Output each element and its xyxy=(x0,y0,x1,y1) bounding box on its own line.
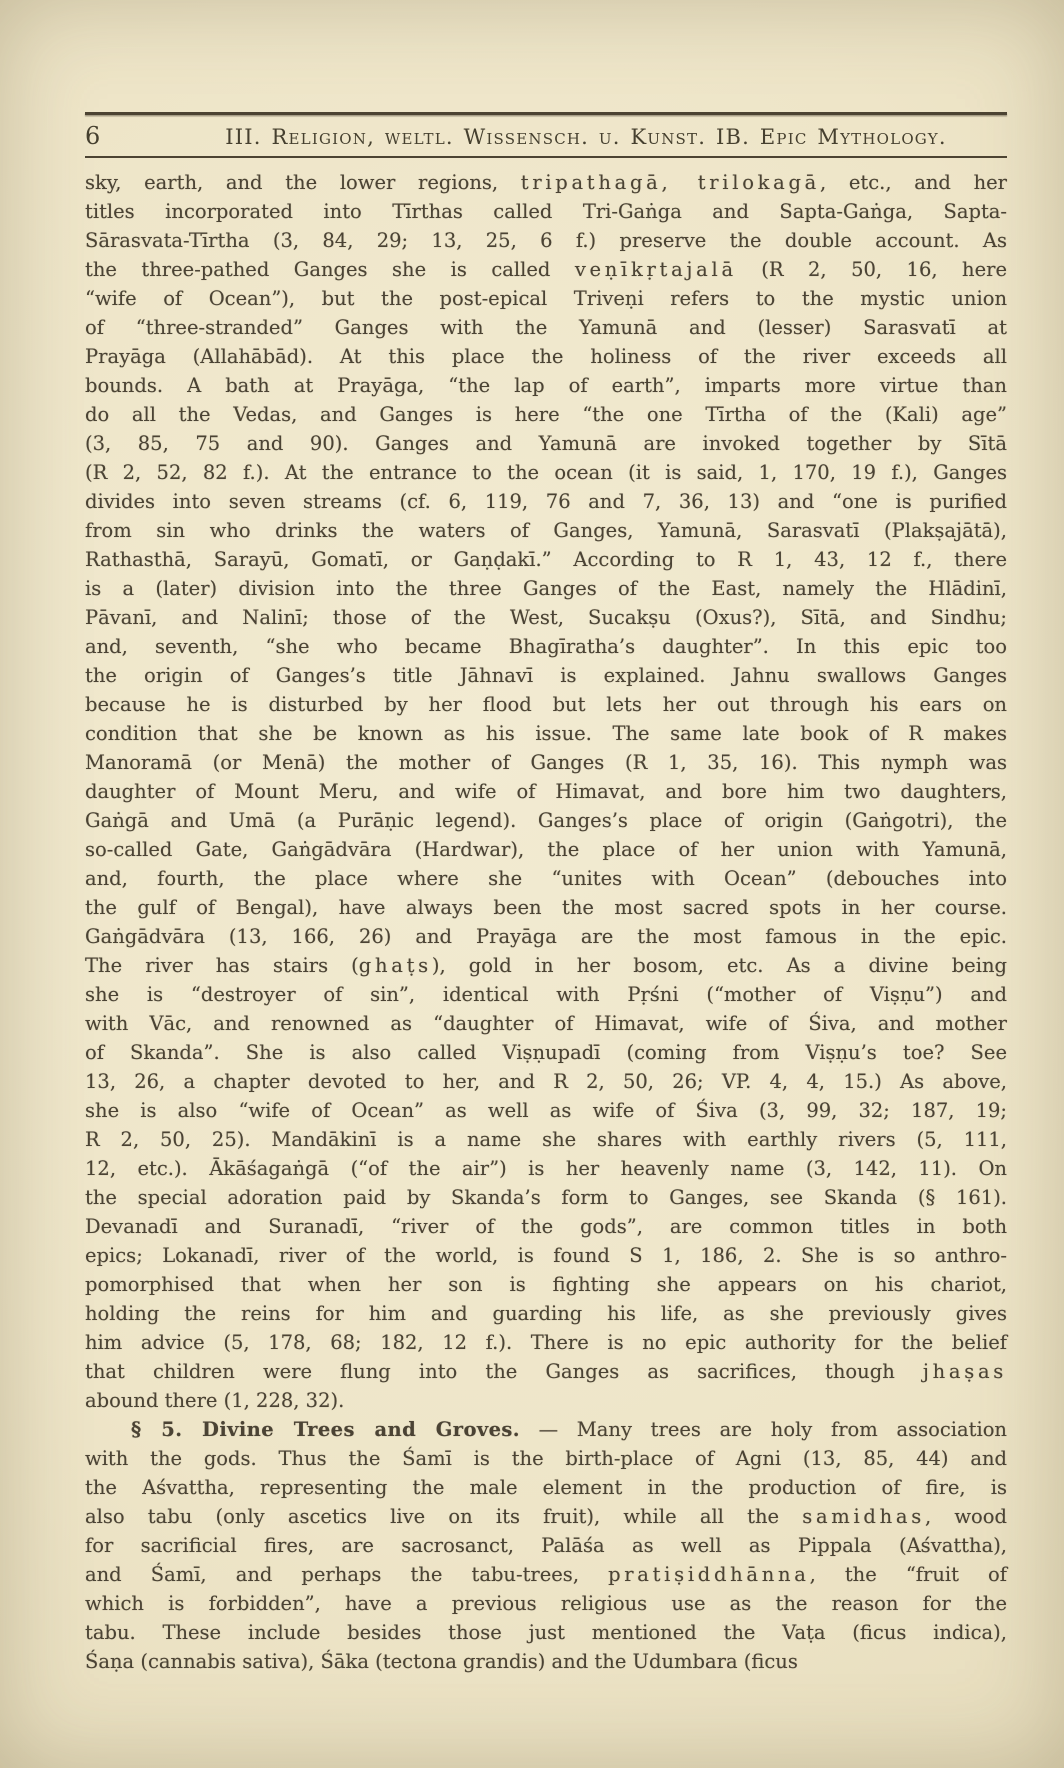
text-segment: abound there (1, 228, 32). xyxy=(85,1389,344,1412)
text-line: of Skanda”. She is also called Viṣṇupadī… xyxy=(85,1038,1007,1067)
text-line: Sārasvata-Tīrtha (3, 84, 29; 13, 25, 6 f… xyxy=(85,226,1007,255)
text-line: daughter of Mount Meru, and wife of Hima… xyxy=(85,777,1007,806)
text-line: with Vāc, and renowned as “daughter of H… xyxy=(85,1009,1007,1038)
text-segment: — Many trees are holy from association xyxy=(520,1418,1007,1441)
text-line: Manoramā (or Menā) the mother of Ganges … xyxy=(85,748,1007,777)
text-segment: R 2, 50, 25). Mandākinī is a name she sh… xyxy=(85,1128,1007,1151)
page-header: 6 III. Religion, weltl. Wissensch. u. Ku… xyxy=(85,115,1007,156)
text-line: “wife of Ocean”), but the post-epical Tr… xyxy=(85,284,1007,313)
text-segment: 13, 26, a chapter devoted to her, and R … xyxy=(85,1070,1007,1093)
text-line: (R 2, 52, 82 f.). At the entrance to the… xyxy=(85,458,1007,487)
text-segment: Pāvanī, and Nalinī; those of the West, S… xyxy=(85,606,1007,629)
text-line: R 2, 50, 25). Mandākinī is a name she sh… xyxy=(85,1125,1007,1154)
text-segment: of “three-stranded” Ganges with the Yamu… xyxy=(85,316,1007,339)
text-line: The river has stairs (ghaṭs), gold in he… xyxy=(85,951,1007,980)
text-segment: tabu. These include besides those just m… xyxy=(85,1621,1007,1644)
text-segment: sky, earth, and the lower regions, xyxy=(85,171,521,194)
scanned-book-page: 6 III. Religion, weltl. Wissensch. u. Ku… xyxy=(0,0,1064,1768)
text-line: so-called Gate, Gaṅgādvāra (Hardwar), th… xyxy=(85,835,1007,864)
text-line: also tabu (only ascetics live on its fru… xyxy=(85,1502,1007,1531)
text-line: she is also “wife of Ocean” as well as w… xyxy=(85,1096,1007,1125)
text-segment: is a (later) division into the three Gan… xyxy=(85,577,1007,600)
text-segment: and, seventh, “she who became Bhagīratha… xyxy=(85,635,1007,658)
text-line: that children were flung into the Ganges… xyxy=(85,1357,1007,1386)
text-segment: of Skanda”. She is also called Viṣṇupadī… xyxy=(85,1041,1007,1064)
text-segment: the three-pathed Ganges she is called xyxy=(85,258,575,281)
text-line: the Aśvattha, representing the male elem… xyxy=(85,1473,1007,1502)
text-line: divides into seven streams (cf. 6, 119, … xyxy=(85,487,1007,516)
letterspaced-term: ghaṭs xyxy=(359,954,432,977)
text-segment: she is “destroyer of sin”, identical wit… xyxy=(85,983,1007,1006)
text-segment: so-called Gate, Gaṅgādvāra (Hardwar), th… xyxy=(85,838,1007,861)
text-segment: Gaṅgādvāra (13, 166, 26) and Prayāga are… xyxy=(85,925,1007,948)
text-segment: ), gold in her bosom, etc. As a divine b… xyxy=(432,954,1007,977)
text-segment: daughter of Mount Meru, and wife of Hima… xyxy=(85,780,1007,803)
text-line: Gaṅgādvāra (13, 166, 26) and Prayāga are… xyxy=(85,922,1007,951)
text-line: and Śamī, and perhaps the tabu-trees, pr… xyxy=(85,1560,1007,1589)
text-segment: Sārasvata-Tīrtha (3, 84, 29; 13, 25, 6 f… xyxy=(85,229,1007,252)
text-segment: from sin who drinks the waters of Ganges… xyxy=(85,519,1007,542)
text-segment: the special adoration paid by Skanda’s f… xyxy=(85,1186,1007,1209)
text-segment: Rathasthā, Sarayū, Gomatī, or Gaṇḍakī.” … xyxy=(85,548,1007,571)
text-segment: the origin of Ganges’s title Jāhnavī is … xyxy=(85,664,1007,687)
text-segment: titles incorporated into Tīrthas called … xyxy=(85,200,1007,223)
letterspaced-term: samidhas xyxy=(802,1505,925,1528)
text-segment: (R 2, 50, 16, here xyxy=(737,258,1007,281)
text-line: she is “destroyer of sin”, identical wit… xyxy=(85,980,1007,1009)
text-line: 13, 26, a chapter devoted to her, and R … xyxy=(85,1067,1007,1096)
text-line: abound there (1, 228, 32). xyxy=(85,1386,1007,1415)
page-number: 6 xyxy=(85,122,165,150)
text-line: 12, etc.). Ākāśagaṅgā (“of the air”) is … xyxy=(85,1154,1007,1183)
text-segment: and Śamī, and perhaps the tabu-trees, xyxy=(85,1563,608,1586)
text-segment: , wood xyxy=(925,1505,1007,1528)
text-segment: do all the Vedas, and Ganges is here “th… xyxy=(85,403,1007,426)
text-segment: , etc., and her xyxy=(820,171,1007,194)
text-segment: with the gods. Thus the Śamī is the birt… xyxy=(85,1447,1007,1470)
text-line: Gaṅgā and Umā (a Purāṇic legend). Ganges… xyxy=(85,806,1007,835)
text-line: him advice (5, 178, 68; 182, 12 f.). The… xyxy=(85,1328,1007,1357)
text-segment: divides into seven streams (cf. 6, 119, … xyxy=(85,490,1007,513)
text-line: titles incorporated into Tīrthas called … xyxy=(85,197,1007,226)
text-segment: Manoramā (or Menā) the mother of Ganges … xyxy=(85,751,1007,774)
text-line: bounds. A bath at Prayāga, “the lap of e… xyxy=(85,371,1007,400)
text-segment: that children were flung into the Ganges… xyxy=(85,1360,923,1383)
text-segment: pomorphised that when her son is fightin… xyxy=(85,1273,1007,1296)
text-line: the three-pathed Ganges she is called ve… xyxy=(85,255,1007,284)
text-segment: 12, etc.). Ākāśagaṅgā (“of the air”) is … xyxy=(85,1157,1007,1180)
text-line: the origin of Ganges’s title Jāhnavī is … xyxy=(85,661,1007,690)
text-segment: holding the reins for him and guarding h… xyxy=(85,1302,1007,1325)
letterspaced-term: pratiṣiddhānna xyxy=(608,1563,810,1586)
text-line: Rathasthā, Sarayū, Gomatī, or Gaṇḍakī.” … xyxy=(85,545,1007,574)
text-line: for sacrificial fires, are sacrosanct, P… xyxy=(85,1531,1007,1560)
text-line: holding the reins for him and guarding h… xyxy=(85,1299,1007,1328)
text-segment: Gaṅgā and Umā (a Purāṇic legend). Ganges… xyxy=(85,809,1007,832)
text-line: is a (later) division into the three Gan… xyxy=(85,574,1007,603)
text-segment: Śaṇa (cannabis sativa), Śāka (tectona gr… xyxy=(85,1650,798,1673)
text-line: condition that she be known as his issue… xyxy=(85,719,1007,748)
text-segment: The river has stairs ( xyxy=(85,954,359,977)
page-content: 6 III. Religion, weltl. Wissensch. u. Ku… xyxy=(85,0,1007,1676)
letterspaced-term: tripathagā, trilokagā xyxy=(521,171,820,194)
text-segment: the gulf of Bengal), have always been th… xyxy=(85,896,1007,919)
text-segment: bounds. A bath at Prayāga, “the lap of e… xyxy=(85,374,1007,397)
text-segment: with Vāc, and renowned as “daughter of H… xyxy=(85,1012,1007,1035)
text-line: from sin who drinks the waters of Ganges… xyxy=(85,516,1007,545)
text-line: sky, earth, and the lower regions, tripa… xyxy=(85,168,1007,197)
text-segment: and, fourth, the place where she “unites… xyxy=(85,867,1007,890)
text-segment: she is also “wife of Ocean” as well as w… xyxy=(85,1099,1007,1122)
text-segment: the Aśvattha, representing the male elem… xyxy=(85,1476,1007,1499)
text-line: because he is disturbed by her flood but… xyxy=(85,690,1007,719)
running-title: III. Religion, weltl. Wissensch. u. Kuns… xyxy=(165,123,1007,151)
text-segment: Devanadī and Suranadī, “river of the god… xyxy=(85,1215,1007,1238)
text-segment: , the “fruit of xyxy=(810,1563,1007,1586)
text-segment: epics; Lokanadī, river of the world, is … xyxy=(85,1244,1007,1267)
text-segment: also tabu (only ascetics live on its fru… xyxy=(85,1505,802,1528)
text-segment: because he is disturbed by her flood but… xyxy=(85,693,1007,716)
text-line: Devanadī and Suranadī, “river of the god… xyxy=(85,1212,1007,1241)
text-line: pomorphised that when her son is fightin… xyxy=(85,1270,1007,1299)
text-line: § 5. Divine Trees and Groves. — Many tre… xyxy=(85,1415,1007,1444)
text-line: which is forbidden”, have a previous rel… xyxy=(85,1589,1007,1618)
letterspaced-term: veṇīkṛtajalā xyxy=(575,258,737,281)
text-segment: (R 2, 52, 82 f.). At the entrance to the… xyxy=(85,461,1007,484)
text-segment: which is forbidden”, have a previous rel… xyxy=(85,1592,1007,1615)
text-segment: condition that she be known as his issue… xyxy=(85,722,1007,745)
text-line: tabu. These include besides those just m… xyxy=(85,1618,1007,1647)
text-segment: for sacrificial fires, are sacrosanct, P… xyxy=(85,1534,1007,1557)
page-body: sky, earth, and the lower regions, tripa… xyxy=(85,168,1007,1676)
text-segment: “wife of Ocean”), but the post-epical Tr… xyxy=(85,287,1007,310)
text-line: epics; Lokanadī, river of the world, is … xyxy=(85,1241,1007,1270)
text-line: the gulf of Bengal), have always been th… xyxy=(85,893,1007,922)
letterspaced-term: jhaṣas xyxy=(923,1360,1007,1383)
text-segment: Prayāga (Allahābād). At this place the h… xyxy=(85,345,1007,368)
text-line: Pāvanī, and Nalinī; those of the West, S… xyxy=(85,603,1007,632)
text-line: do all the Vedas, and Ganges is here “th… xyxy=(85,400,1007,429)
text-line: and, seventh, “she who became Bhagīratha… xyxy=(85,632,1007,661)
text-line: Prayāga (Allahābād). At this place the h… xyxy=(85,342,1007,371)
text-segment: (3, 85, 75 and 90). Ganges and Yamunā ar… xyxy=(85,432,1007,455)
text-line: Śaṇa (cannabis sativa), Śāka (tectona gr… xyxy=(85,1647,1007,1676)
text-line: of “three-stranded” Ganges with the Yamu… xyxy=(85,313,1007,342)
text-segment: him advice (5, 178, 68; 182, 12 f.). The… xyxy=(85,1331,1007,1354)
text-line: the special adoration paid by Skanda’s f… xyxy=(85,1183,1007,1212)
header-rule-bottom xyxy=(85,156,1007,158)
text-line: with the gods. Thus the Śamī is the birt… xyxy=(85,1444,1007,1473)
section-heading: § 5. Divine Trees and Groves. xyxy=(131,1418,520,1441)
text-line: and, fourth, the place where she “unites… xyxy=(85,864,1007,893)
text-line: (3, 85, 75 and 90). Ganges and Yamunā ar… xyxy=(85,429,1007,458)
